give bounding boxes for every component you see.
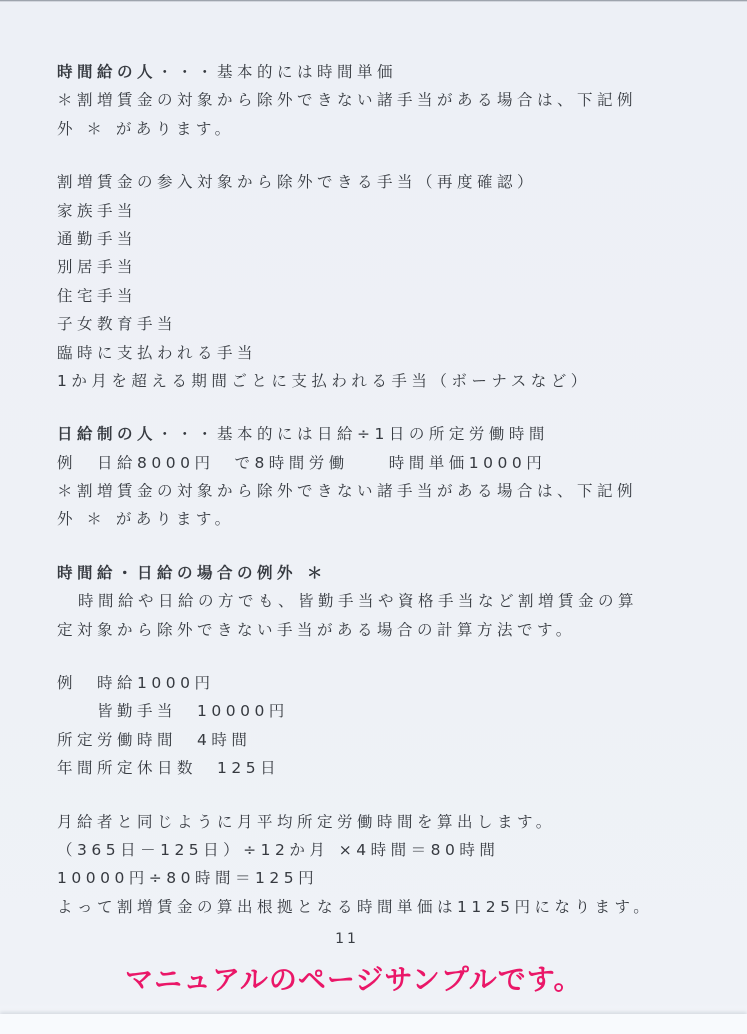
section-hourly-wage: 時間給の人・・・基本的には時間単価 ＊割増賃金の対象から除外できない諸手当がある… bbox=[57, 58, 717, 143]
heading-bold-text: 時間給・日給の場合の例外 ＊ bbox=[57, 564, 327, 582]
text-line: 時間給や日給の方でも、皆勤手当や資格手当など割増賃金の算 bbox=[57, 587, 717, 615]
scanned-page: 時間給の人・・・基本的には時間単価 ＊割増賃金の対象から除外できない諸手当がある… bbox=[0, 0, 747, 1034]
list-item: 子女教育手当 bbox=[57, 310, 717, 338]
document-body: 時間給の人・・・基本的には時間単価 ＊割増賃金の対象から除外できない諸手当がある… bbox=[57, 58, 717, 921]
text-line: 例 日給8000円 で8時間労働 時間単価1000円 bbox=[57, 449, 717, 477]
list-item: 臨時に支払われる手当 bbox=[57, 339, 717, 367]
section-heading: 時間給の人・・・基本的には時間単価 bbox=[57, 58, 717, 86]
heading-bold-text: 日給制の人 bbox=[57, 425, 157, 443]
text-line: 年間所定休日数 125日 bbox=[57, 754, 717, 782]
page-number: 11 bbox=[0, 931, 694, 947]
section-heading: 日給制の人・・・基本的には日給÷1日の所定労働時間 bbox=[57, 420, 717, 448]
section-example-values: 例 時給1000円 皆勤手当 10000円 所定労働時間 4時間 年間所定休日数… bbox=[57, 669, 717, 783]
list-title: 割増賃金の参入対象から除外できる手当（再度確認） bbox=[57, 168, 717, 196]
list-item: 住宅手当 bbox=[57, 282, 717, 310]
heading-rest-text: ・・・基本的には時間単価 bbox=[157, 63, 397, 81]
text-line: よって割増賃金の算出根拠となる時間単価は1125円になります。 bbox=[57, 893, 717, 921]
text-line: 外 ＊ があります。 bbox=[57, 115, 717, 143]
list-item: 通勤手当 bbox=[57, 225, 717, 253]
text-line: 所定労働時間 4時間 bbox=[57, 726, 717, 754]
section-daily-wage: 日給制の人・・・基本的には日給÷1日の所定労働時間 例 日給8000円 で8時間… bbox=[57, 420, 717, 534]
section-exception: 時間給・日給の場合の例外 ＊ 時間給や日給の方でも、皆勤手当や資格手当など割増賃… bbox=[57, 559, 717, 644]
text-line: 定対象から除外できない手当がある場合の計算方法です。 bbox=[57, 616, 717, 644]
list-item: 家族手当 bbox=[57, 197, 717, 225]
text-line: 例 時給1000円 bbox=[57, 669, 717, 697]
scan-bottom-edge-artifact bbox=[0, 1014, 747, 1034]
formula-line: 10000円÷80時間＝125円 bbox=[57, 864, 717, 892]
list-item: 別居手当 bbox=[57, 253, 717, 281]
text-line: ＊割増賃金の対象から除外できない諸手当がある場合は、下記例 bbox=[57, 477, 717, 505]
heading-bold-text: 時間給の人 bbox=[57, 63, 157, 81]
section-heading: 時間給・日給の場合の例外 ＊ bbox=[57, 559, 717, 587]
heading-rest-text: ・・・基本的には日給÷1日の所定労働時間 bbox=[157, 425, 549, 443]
list-item: 1か月を超える期間ごとに支払われる手当（ボーナスなど） bbox=[57, 367, 717, 395]
text-line: 月給者と同じように月平均所定労働時間を算出します。 bbox=[57, 808, 717, 836]
scan-top-edge-artifact bbox=[0, 0, 747, 2]
section-calculation: 月給者と同じように月平均所定労働時間を算出します。 （365日－125日）÷12… bbox=[57, 808, 717, 922]
text-line: 皆勤手当 10000円 bbox=[57, 697, 717, 725]
text-line: ＊割増賃金の対象から除外できない諸手当がある場合は、下記例 bbox=[57, 86, 717, 114]
formula-line: （365日－125日）÷12か月 ×4時間＝80時間 bbox=[57, 836, 717, 864]
section-excludable-allowances: 割増賃金の参入対象から除外できる手当（再度確認） 家族手当 通勤手当 別居手当 … bbox=[57, 168, 717, 395]
text-line: 外 ＊ があります。 bbox=[57, 505, 717, 533]
sample-caption: マニュアルのページサンプルです。 bbox=[125, 959, 583, 1001]
